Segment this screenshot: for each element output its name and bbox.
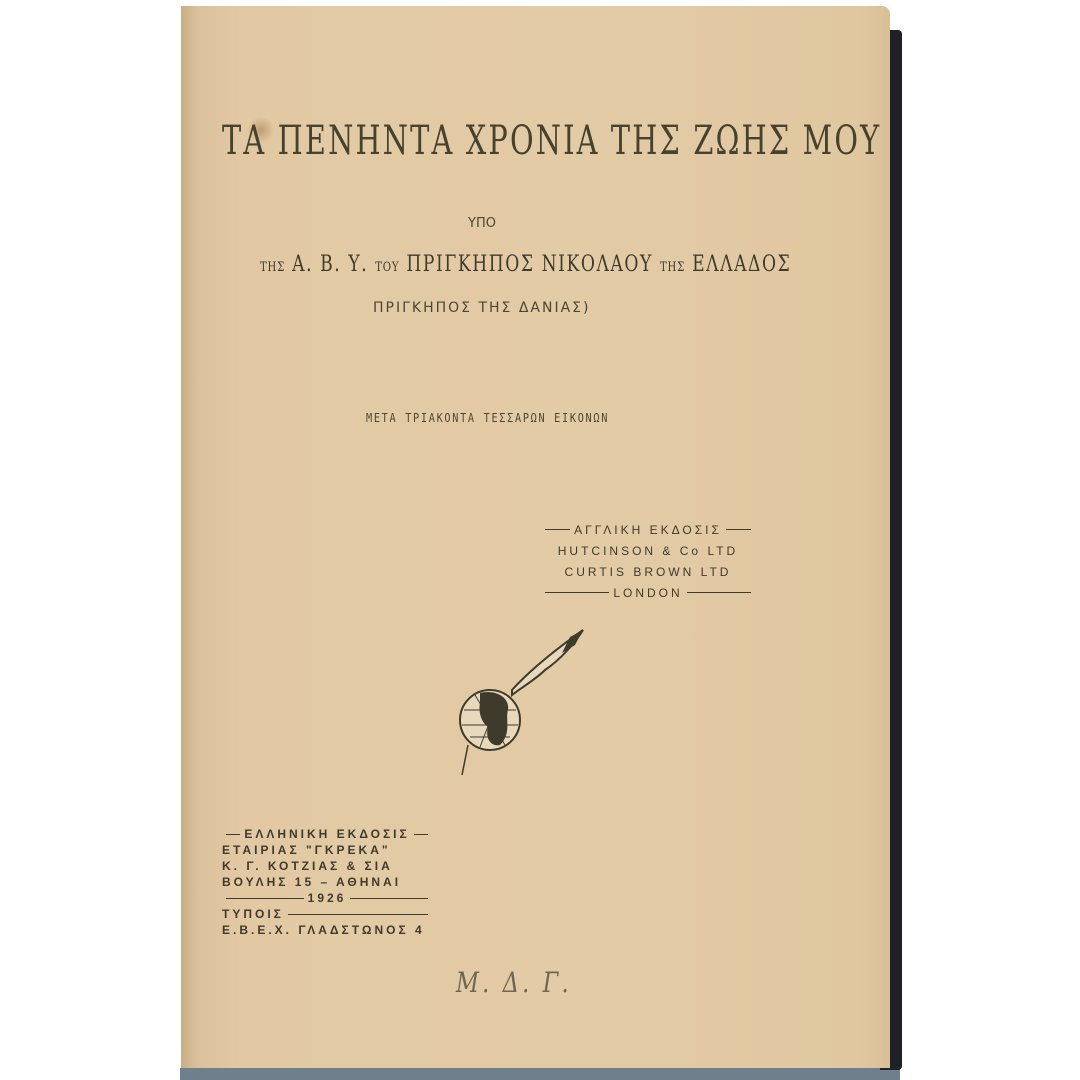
rule <box>226 898 304 899</box>
rule <box>226 834 240 835</box>
greek-edition-heading: ΕΛΛΗΝΙΚΗ ΕΚΔΟΣΙΣ <box>244 827 409 841</box>
publication-year: 1926 <box>308 891 347 905</box>
rule <box>545 592 609 593</box>
rule <box>726 529 751 530</box>
book-title: ΤΑ ΠΕΝΗΝΤΑ ΧΡΟΝΙΑ ΤΗΣ ΖΩΗΣ ΜΟΥ <box>222 118 881 164</box>
author-name: ΠΡΙΓΚΗΠΟΣ ΝΙΚΟΛΑΟΥ <box>406 252 653 277</box>
publisher-2: CURTIS BROWN LTD <box>541 561 755 582</box>
publisher-1: HUTCINSON & Co LTD <box>541 540 755 561</box>
quill-globe-icon <box>450 625 590 785</box>
author-byline: ΤΗΣ Α. Β. Υ. ΤΟΥ ΠΡΙΓΚΗΠΟΣ ΝΙΚΟΛΑΟΥ ΤΗΣ … <box>260 252 791 277</box>
rule <box>350 898 428 899</box>
byline-prefix: ΤΗΣ <box>260 260 285 275</box>
author-subtitle: ΠΡΙΓΚΗΠΟΣ ΤΗΣ ΔΑΝΙΑΣ) <box>373 300 590 316</box>
greek-edition-block: ΕΛΛΗΝΙΚΗ ΕΚΔΟΣΙΣ ΕΤΑΙΡΙΑΣ "ΓΚΡΕΚΑ" Κ. Γ.… <box>222 826 432 938</box>
by-label: ΥΠΟ <box>468 216 496 231</box>
rule <box>288 914 428 915</box>
byline-article: ΤΟΥ <box>375 260 399 275</box>
author-country: ΕΛΛΑΔΟΣ <box>692 252 791 277</box>
illustrations-note: ΜΕΤΑ ΤΡΙΑΚΟΝΤΑ ΤΕΣΣΑΡΩΝ ΕΙΚΟΝΩΝ <box>366 411 609 425</box>
publisher-city: LONDON <box>613 586 682 600</box>
greek-publisher: ΕΤΑΙΡΙΑΣ "ΓΚΡΕΚΑ" <box>222 842 432 858</box>
printer-label: ΤΥΠΟΙΣ <box>222 907 284 921</box>
english-edition-heading: ΑΓΓΛΙΚΗ ΕΚΔΟΣΙΣ <box>574 523 722 537</box>
greek-publisher-owner: Κ. Γ. ΚΟΤΖΙΑΣ & ΣΙΑ <box>222 858 432 874</box>
handwritten-note: Μ. Δ. Γ. <box>456 966 572 999</box>
english-edition-block: ΑΓΓΛΙΚΗ ΕΚΔΟΣΙΣ HUTCINSON & Co LTD CURTI… <box>541 519 755 603</box>
rule <box>545 529 570 530</box>
table-surface <box>180 1068 900 1080</box>
greek-publisher-address: ΒΟΥΛΗΣ 15 – ΑΘΗΝΑΙ <box>222 874 432 890</box>
printer-address: Ε.Β.Ε.Χ. ΓΛΑΔΣΤΩΝΟΣ 4 <box>222 922 432 938</box>
byline-article2: ΤΗΣ <box>660 260 685 275</box>
byline-honorific: Α. Β. Υ. <box>292 252 368 277</box>
rule <box>687 592 751 593</box>
rule <box>414 834 428 835</box>
